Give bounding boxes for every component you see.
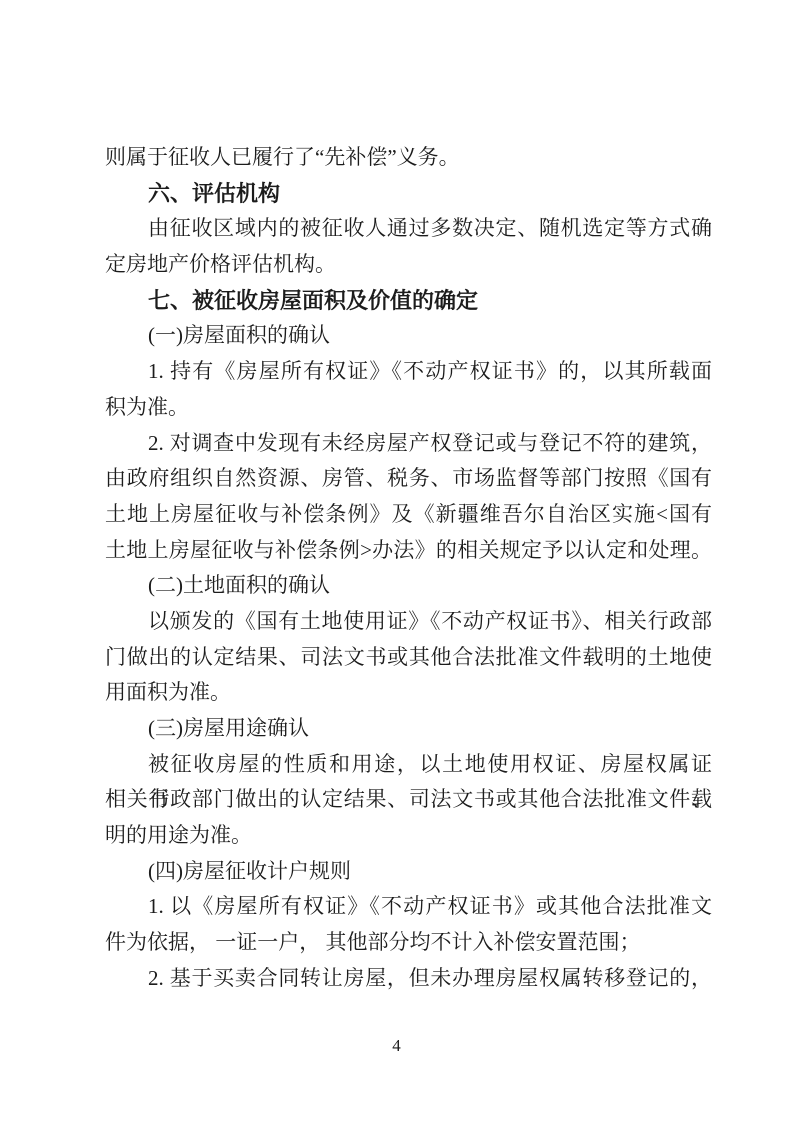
page-number: 4 xyxy=(0,1036,793,1056)
section-heading-six: 六、评估机构 xyxy=(105,176,712,212)
section-heading-seven: 七、被征收房屋面积及价值的确定 xyxy=(105,283,712,319)
body-line: 定房地产价格评估机构。 xyxy=(105,247,712,283)
body-line: 2. 基于买卖合同转让房屋，但未办理房屋权属转移登记的， xyxy=(105,961,712,997)
body-line: 1. 以《房屋所有权证》《不动产权证书》或其他合法批准文 xyxy=(105,889,712,925)
body-line: 被征收房屋的性质和用途，以土地使用权证、房屋权属证书、 xyxy=(105,747,712,783)
body-line: 明的用途为准。 xyxy=(105,818,712,854)
body-line: 积为准。 xyxy=(105,390,712,426)
body-line: 土地上房屋征收与补偿条例>办法》的相关规定予以认定和处理。 xyxy=(105,533,712,569)
subsection-heading-two: (二)土地面积的确认 xyxy=(105,568,712,604)
subsection-heading-three: (三)房屋用途确认 xyxy=(105,711,712,747)
body-line: 2. 对调查中发现有未经房屋产权登记或与登记不符的建筑， xyxy=(105,426,712,462)
body-line: 土地上房屋征收与补偿条例》及《新疆维吾尔自治区实施<国有 xyxy=(105,497,712,533)
document-page: 则属于征收人已履行了“先补偿”义务。 六、评估机构 由征收区域内的被征收人通过多… xyxy=(0,0,793,1122)
body-line: 件为依据， 一证一户， 其他部分均不计入补偿安置范围； xyxy=(105,925,712,961)
body-line: 由政府组织自然资源、房管、税务、市场监督等部门按照《国有 xyxy=(105,461,712,497)
body-line: 以颁发的《国有土地使用证》《不动产权证书》、相关行政部 xyxy=(105,604,712,640)
body-line: 1. 持有《房屋所有权证》《不动产权证书》的，以其所载面 xyxy=(105,354,712,390)
body-line: 用面积为准。 xyxy=(105,675,712,711)
body-line: 由征收区域内的被征收人通过多数决定、随机选定等方式确 xyxy=(105,211,712,247)
subsection-heading-one: (一)房屋面积的确认 xyxy=(105,318,712,354)
body-line: 门做出的认定结果、司法文书或其他合法批准文件载明的土地使 xyxy=(105,640,712,676)
body-line: 相关行政部门做出的认定结果、司法文书或其他合法批准文件载 xyxy=(105,782,712,818)
subsection-heading-four: (四)房屋征收计户规则 xyxy=(105,854,712,890)
document-body: 则属于征收人已履行了“先补偿”义务。 六、评估机构 由征收区域内的被征收人通过多… xyxy=(105,140,712,997)
body-line: 则属于征收人已履行了“先补偿”义务。 xyxy=(105,140,712,176)
